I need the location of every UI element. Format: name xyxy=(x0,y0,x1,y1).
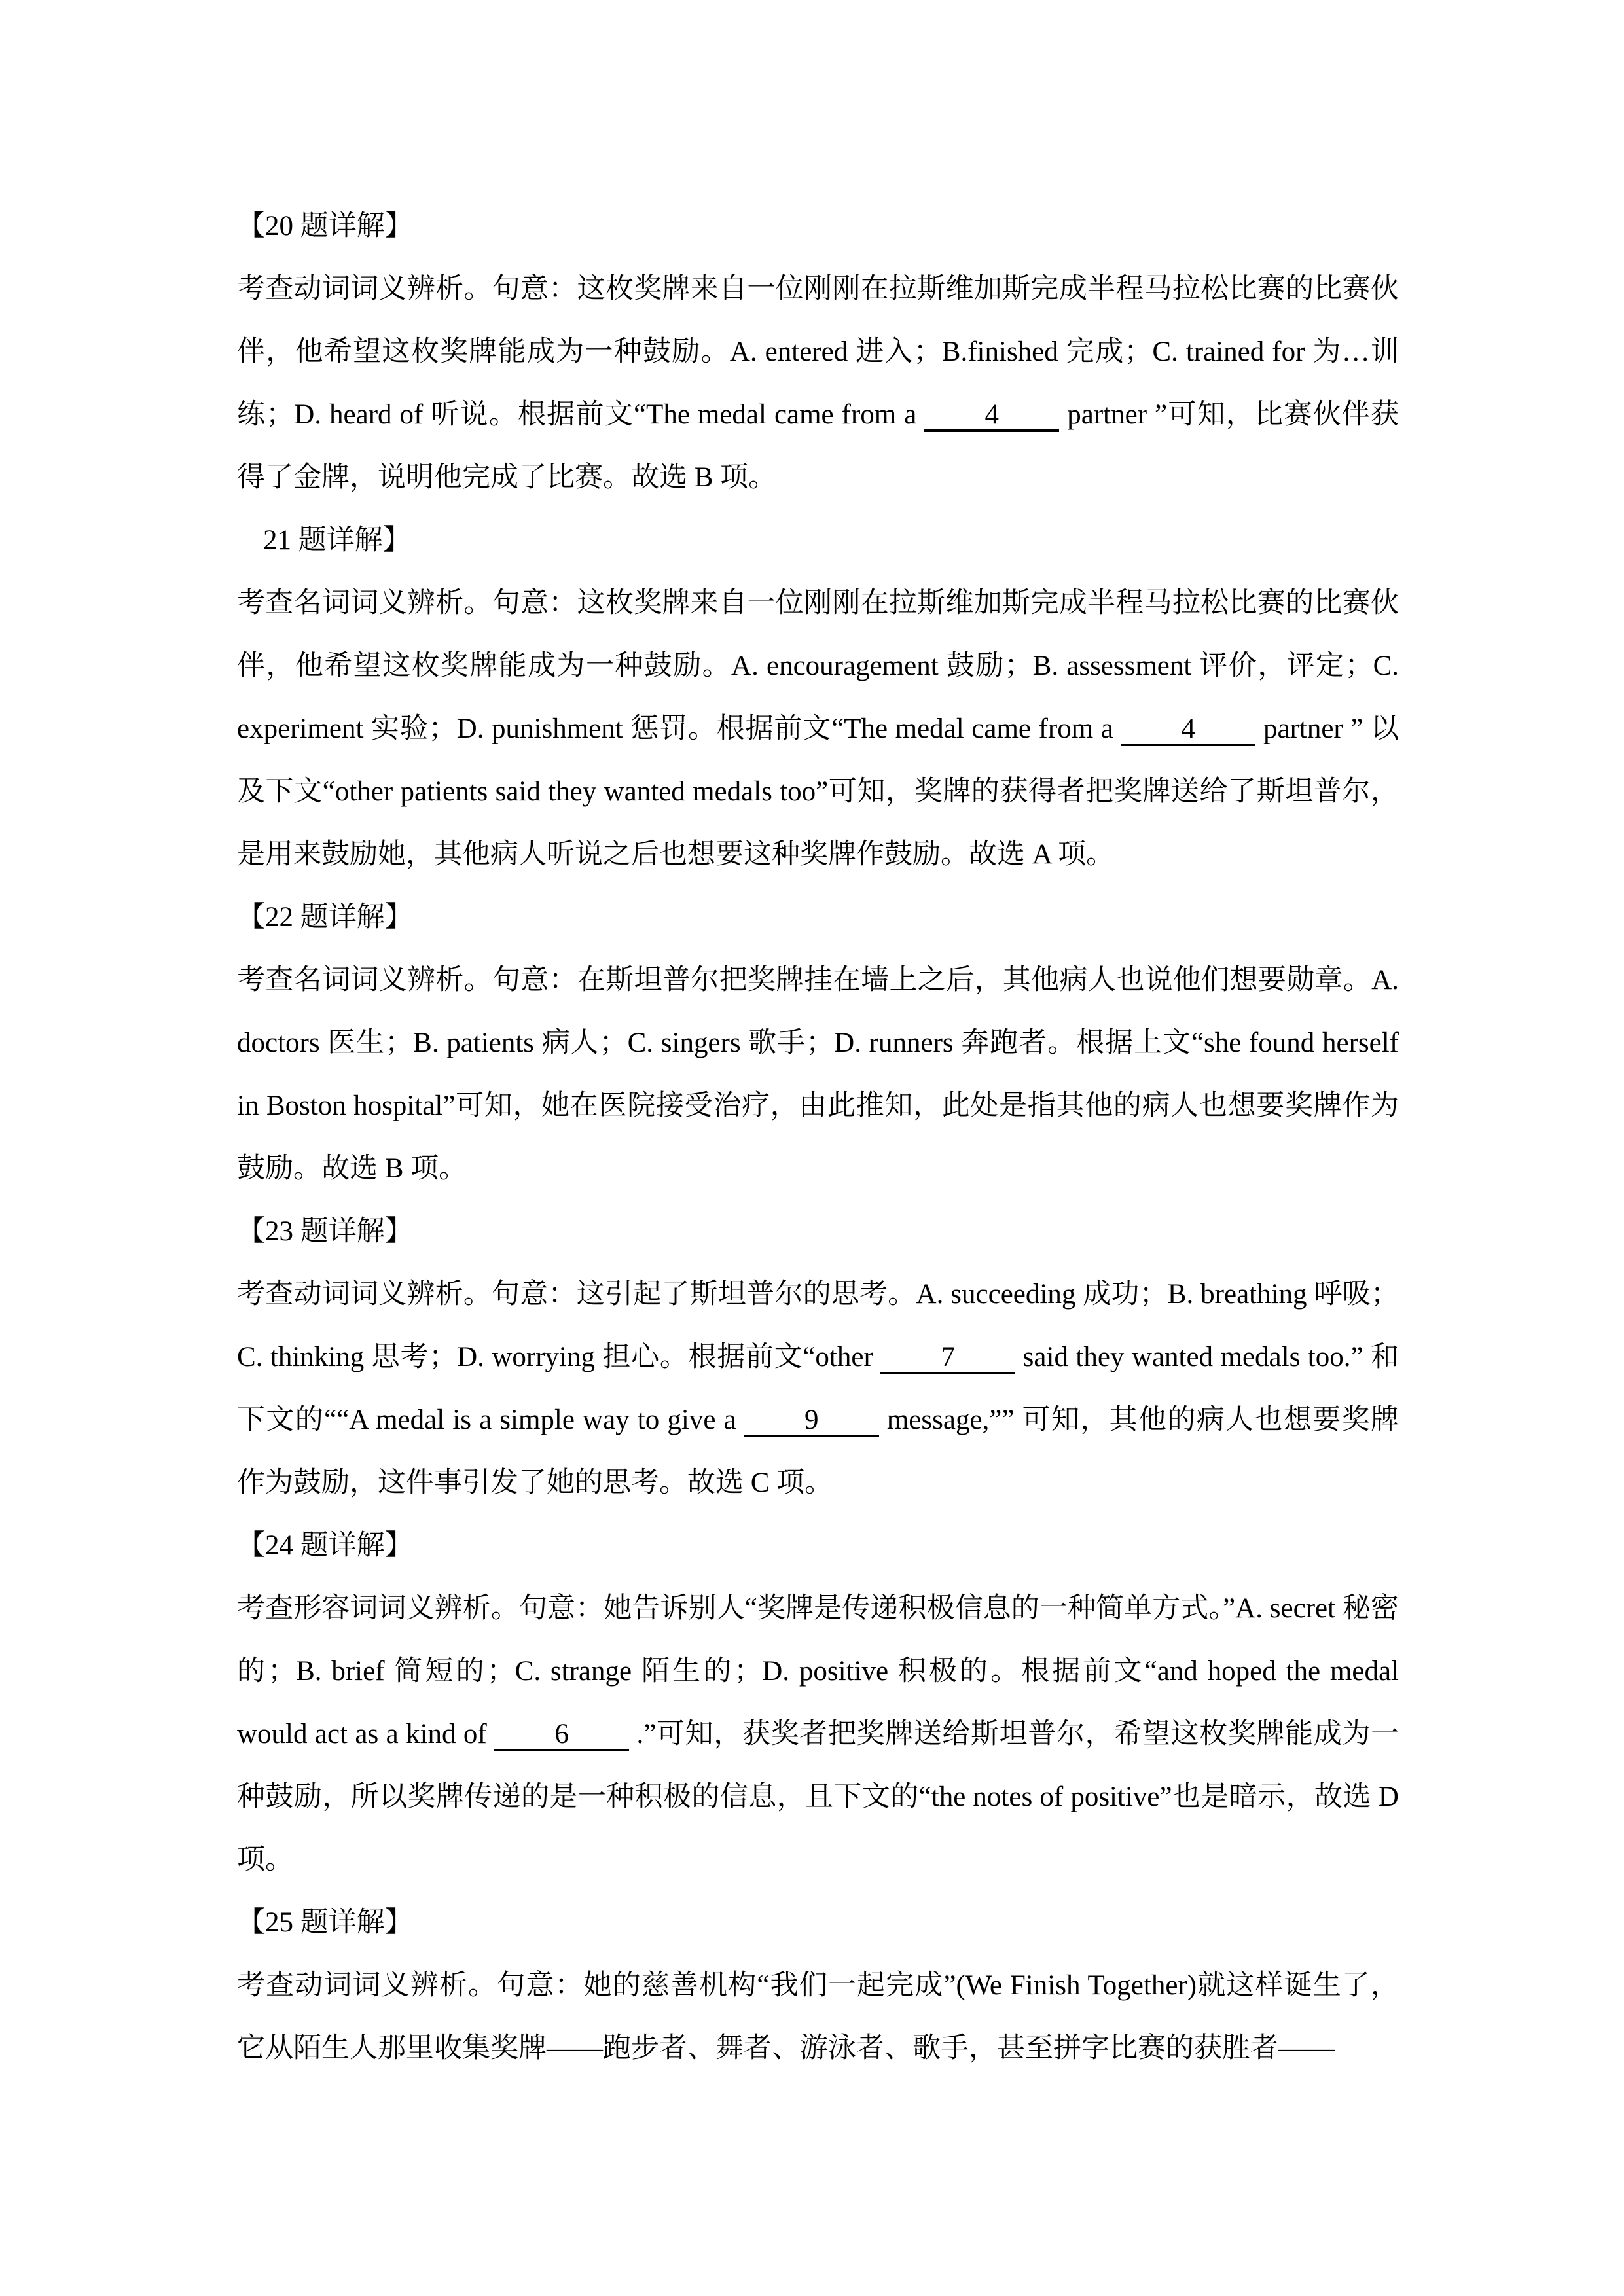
question-explanation-section: 【25 题详解】 考查动词词义辨析。句意：她的慈善机构“我们一起完成”(We F… xyxy=(237,1892,1399,2080)
explanation-paragraph: 考查名词词义辨析。句意：在斯坦普尔把奖牌挂在墙上之后，其他病人也说他们想要勋章。… xyxy=(237,949,1399,1200)
question-heading: 【25 题详解】 xyxy=(237,1892,1399,1954)
explanation-paragraph: 考查名词词义辨析。句意：这枚奖牌来自一位刚刚在拉斯维加斯完成半程马拉松比赛的比赛… xyxy=(237,572,1399,886)
explanation-paragraph: 考查动词词义辨析。句意：她的慈善机构“我们一起完成”(We Finish Tog… xyxy=(237,1954,1399,2080)
answer-blank-number: 4 xyxy=(1121,714,1255,746)
explanation-paragraph: 考查动词词义辨析。句意：这枚奖牌来自一位刚刚在拉斯维加斯完成半程马拉松比赛的比赛… xyxy=(237,258,1399,509)
answer-blank-number: 7 xyxy=(880,1342,1015,1374)
answer-blank-number: 6 xyxy=(494,1719,629,1751)
question-explanation-section: 【24 题详解】 考查形容词词义辨析。句意：她告诉别人“奖牌是传递积极信息的一种… xyxy=(237,1515,1399,1892)
question-heading: 【23 题详解】 xyxy=(237,1200,1399,1263)
explanation-paragraph: 考查形容词词义辨析。句意：她告诉别人“奖牌是传递积极信息的一种简单方式。”A. … xyxy=(237,1577,1399,1892)
answer-explanation-page: 【20 题详解】 考查动词词义辨析。句意：这枚奖牌来自一位刚刚在拉斯维加斯完成半… xyxy=(0,0,1624,2296)
question-heading: 【20 题详解】 xyxy=(237,195,1399,258)
question-explanation-section: 【20 题详解】 考查动词词义辨析。句意：这枚奖牌来自一位刚刚在拉斯维加斯完成半… xyxy=(237,195,1399,509)
question-explanation-section: 21 题详解】 考查名词词义辨析。句意：这枚奖牌来自一位刚刚在拉斯维加斯完成半程… xyxy=(237,509,1399,886)
sections-container: 【20 题详解】 考查动词词义辨析。句意：这枚奖牌来自一位刚刚在拉斯维加斯完成半… xyxy=(237,195,1399,2080)
answer-blank-number: 9 xyxy=(744,1405,879,1437)
question-explanation-section: 【23 题详解】 考查动词词义辨析。句意：这引起了斯坦普尔的思考。A. succ… xyxy=(237,1200,1399,1515)
question-heading: 【24 题详解】 xyxy=(237,1515,1399,1577)
question-heading: 21 题详解】 xyxy=(237,509,1399,572)
question-explanation-section: 【22 题详解】 考查名词词义辨析。句意：在斯坦普尔把奖牌挂在墙上之后，其他病人… xyxy=(237,886,1399,1200)
answer-blank-number: 4 xyxy=(924,400,1059,432)
question-heading: 【22 题详解】 xyxy=(237,886,1399,949)
explanation-paragraph: 考查动词词义辨析。句意：这引起了斯坦普尔的思考。A. succeeding 成功… xyxy=(237,1263,1399,1515)
